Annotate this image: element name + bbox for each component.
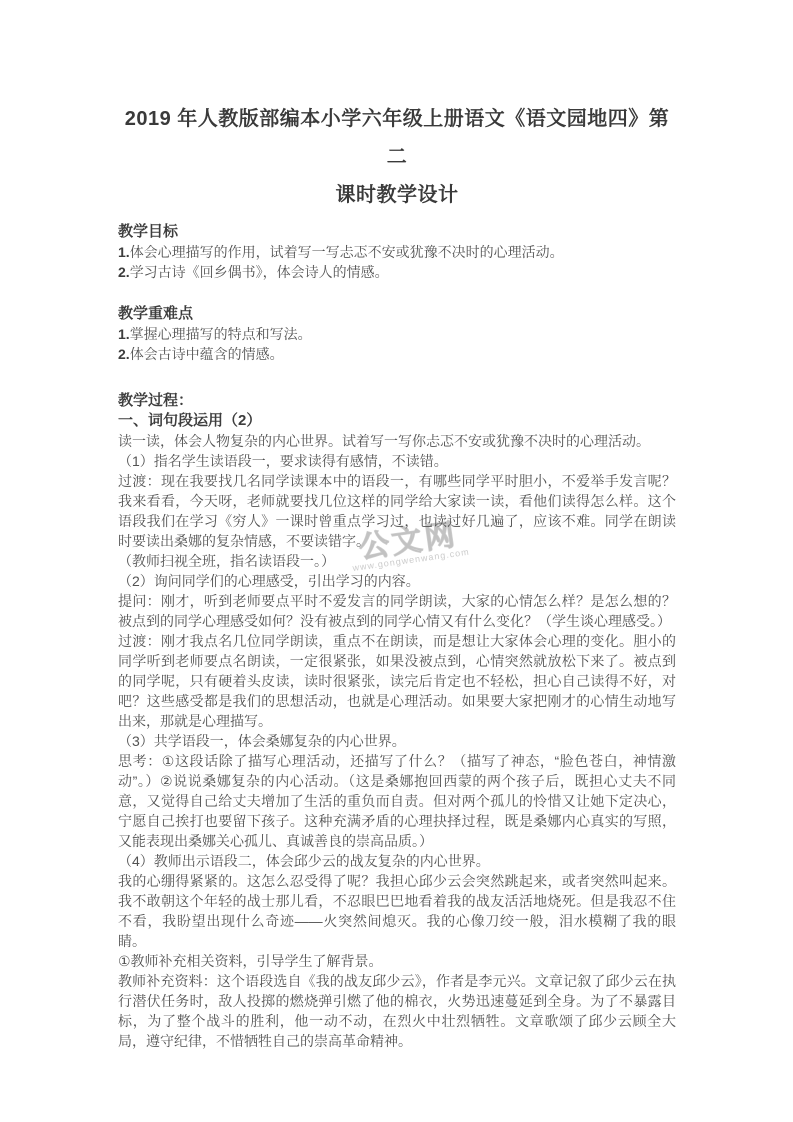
paragraph: 过渡：现在我要找几名同学读课本中的语段一，有哪些同学平时胆小，不爱举手发言呢？我…	[118, 471, 676, 551]
item-text: 学习古诗《回乡偶书》，体会诗人的情感。	[130, 264, 389, 280]
key-point-item: 2.体会古诗中蕴含的情感。	[118, 344, 676, 364]
paragraph: 过渡：刚才我点名几位同学朗读，重点不在朗读，而是想让大家体会心理的变化。胆小的同…	[118, 631, 676, 731]
document-title: 2019 年人教版部编本小学六年级上册语文《语文园地四》第二 课时教学设计	[118, 100, 676, 214]
objective-item: 1.体会心理描写的作用，试着写一写忐忑不安或犹豫不决时的心理活动。	[118, 242, 676, 262]
paragraph: （3）共学语段一，体会桑娜复杂的内心世界。	[118, 731, 676, 751]
item-text: 掌握心理描写的特点和写法。	[130, 326, 312, 342]
document-content: 2019 年人教版部编本小学六年级上册语文《语文园地四》第二 课时教学设计 教学…	[0, 0, 793, 1051]
document-page: 公文网 www.gongwenwang.com 2019 年人教版部编本小学六年…	[0, 0, 793, 1122]
item-number: 1.	[118, 326, 130, 342]
item-number: 1.	[118, 244, 130, 260]
item-number: 2.	[118, 346, 130, 362]
paragraph: （2）询问同学们的心理感受，引出学习的内容。	[118, 571, 676, 591]
document-title-line-2: 课时教学设计	[118, 176, 676, 214]
paragraph: 提问：刚才，听到老师要点平时不爱发言的同学朗读，大家的心情怎么样？是怎么想的？被…	[118, 591, 676, 631]
paragraph: 读一读，体会人物复杂的内心世界。试着写一写你忐忑不安或犹豫不决时的心理活动。	[118, 431, 676, 451]
paragraph: （教师扫视全班，指名读语段一。）	[118, 551, 676, 571]
item-text: 体会心理描写的作用，试着写一写忐忑不安或犹豫不决时的心理活动。	[130, 244, 564, 260]
objective-item: 2.学习古诗《回乡偶书》，体会诗人的情感。	[118, 262, 676, 282]
section-heading-objectives: 教学目标	[118, 222, 676, 242]
process-subheading: 一、词句段运用（2）	[118, 411, 676, 431]
paragraph: 我的心绷得紧紧的。这怎么忍受得了呢？我担心邱少云会突然跳起来，或者突然叫起来。我…	[118, 871, 676, 951]
paragraph: 思考：①这段话除了描写心理活动，还描写了什么？（描写了神态，“脸色苍白，神情激动…	[118, 751, 676, 851]
paragraph: 教师补充资料：这个语段选自《我的战友邱少云》，作者是李元兴。文章记叙了邱少云在执…	[118, 971, 676, 1051]
item-number: 2.	[118, 264, 130, 280]
item-text: 体会古诗中蕴含的情感。	[130, 346, 284, 362]
section-heading-process: 教学过程：	[118, 391, 676, 411]
document-title-line-1: 2019 年人教版部编本小学六年级上册语文《语文园地四》第二	[118, 100, 676, 176]
section-heading-key-points: 教学重难点	[118, 304, 676, 324]
paragraph: ①教师补充相关资料，引导学生了解背景。	[118, 951, 676, 971]
paragraph: （1）指名学生读语段一，要求读得有感情，不读错。	[118, 451, 676, 471]
key-point-item: 1.掌握心理描写的特点和写法。	[118, 324, 676, 344]
paragraph: （4）教师出示语段二，体会邱少云的战友复杂的内心世界。	[118, 851, 676, 871]
